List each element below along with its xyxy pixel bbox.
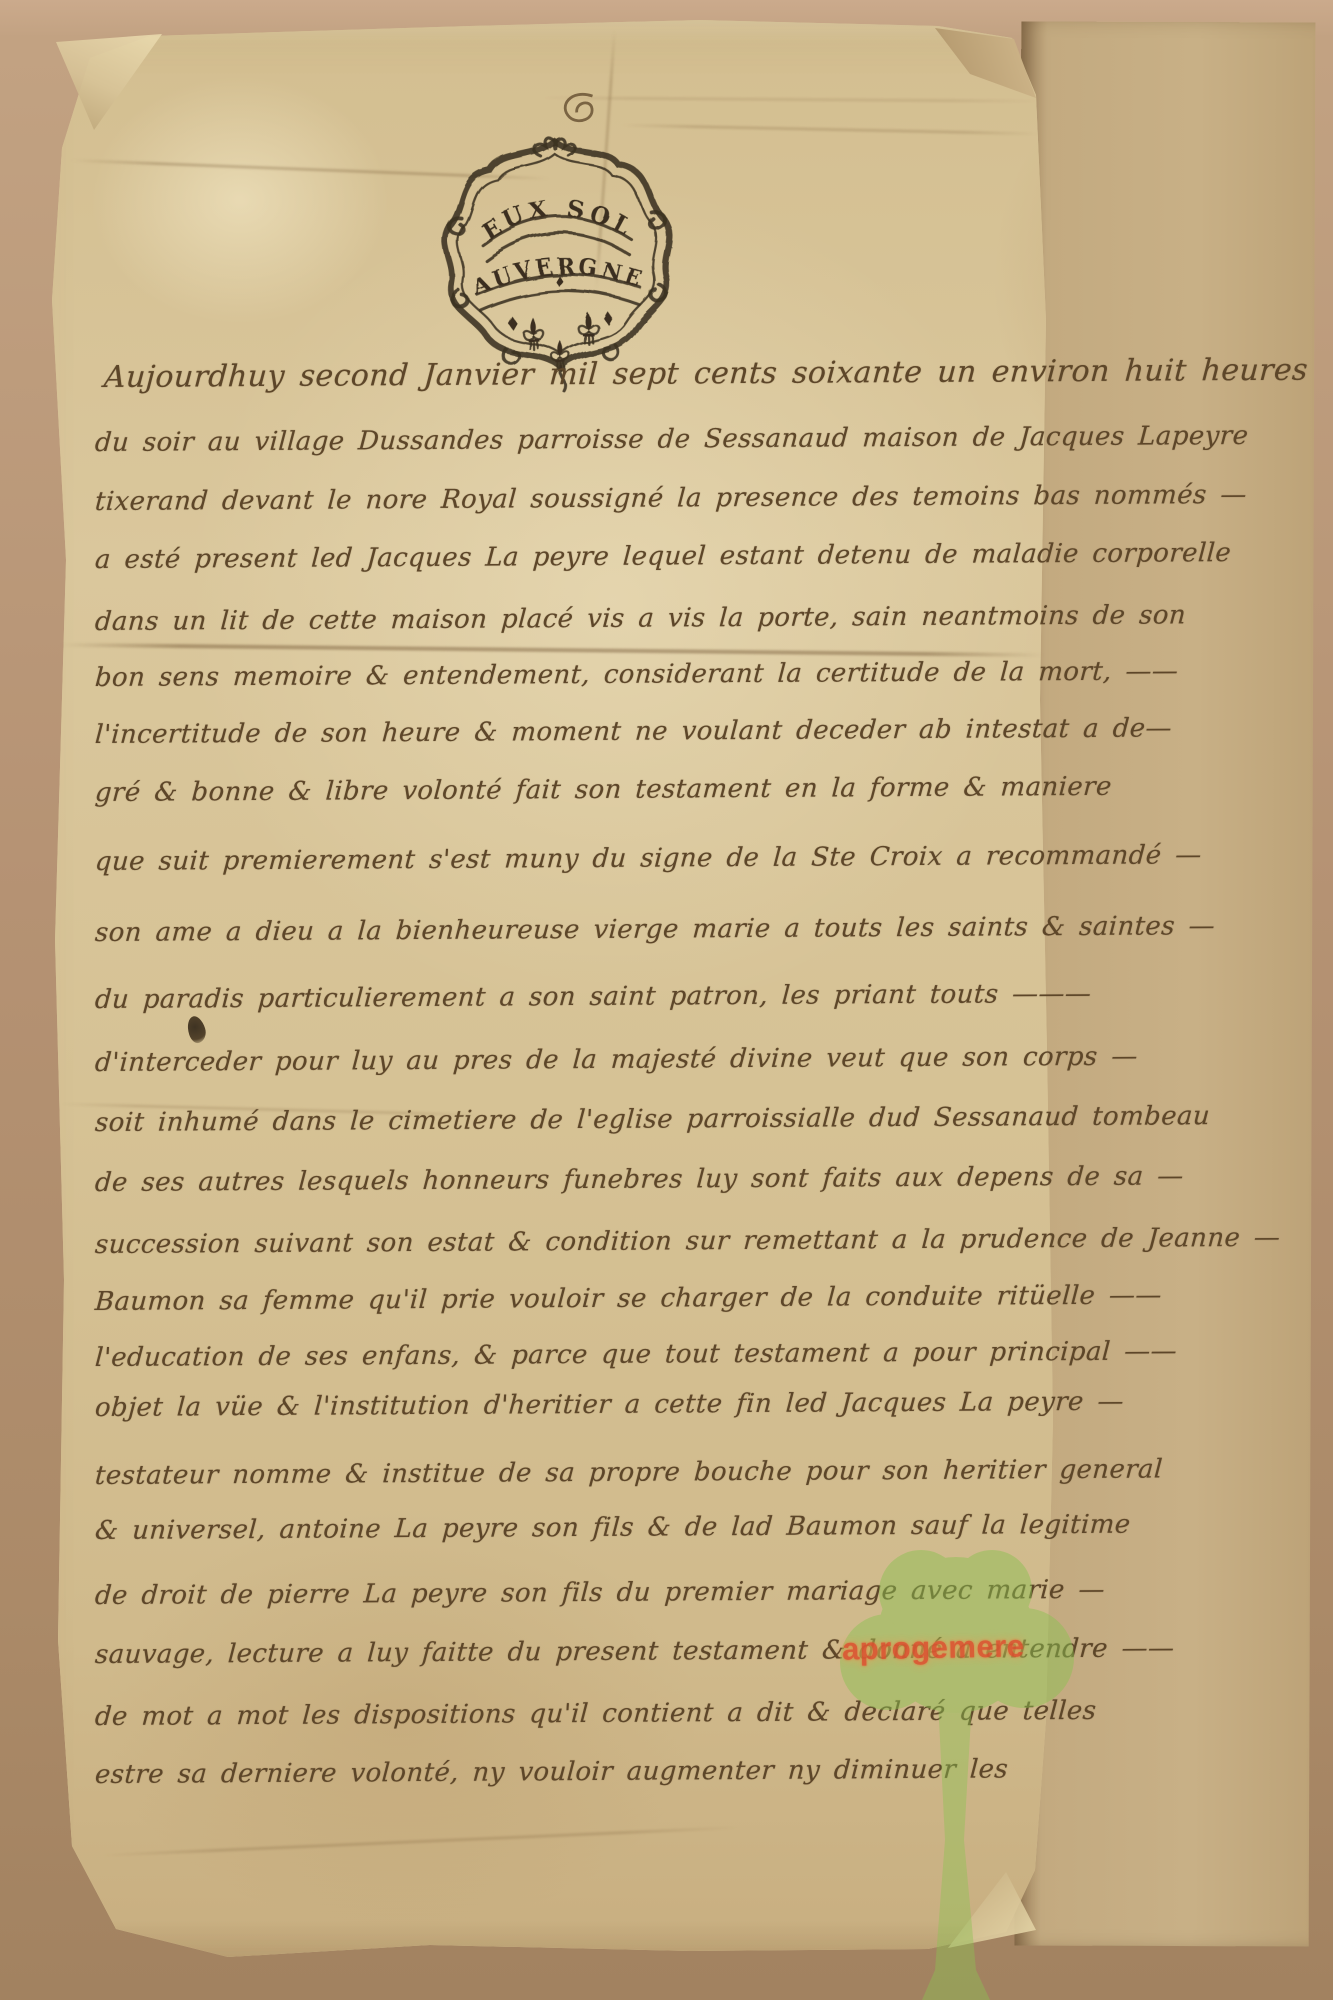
manuscript-line: de ses autres lesquels honneurs funebres…: [94, 1162, 1046, 1198]
manuscript-line: Aujourdhuy second Janvier mil sept cents…: [103, 354, 1055, 395]
manuscript-line: testateur nomme & institue de sa propre …: [94, 1455, 1046, 1491]
watermark-text: aprogemere: [842, 1628, 1025, 1667]
manuscript-line: gré & bonne & libre volonté fait son tes…: [94, 772, 1046, 808]
manuscript-line: succession suivant son estat & condition…: [94, 1224, 1046, 1260]
manuscript-line: bon sens memoire & entendement, consider…: [94, 657, 1046, 693]
manuscript-line: du paradis particulierement a son saint …: [94, 979, 1046, 1015]
manuscript-line: que suit premierement s'est muny du sign…: [94, 841, 1046, 877]
stamp-cartouche-outline: [442, 137, 673, 372]
stamp-text-deux-sols: DEUX SOLS: [427, 124, 640, 251]
manuscript-line: du soir au village Dussandes parroisse d…: [94, 422, 1046, 458]
document-photo: DEUX SOLS AUVERGNE Aujourdhuy second Jan…: [0, 0, 1333, 2000]
manuscript-line: Baumon sa femme qu'il prie vouloir se ch…: [94, 1281, 1046, 1317]
manuscript-line: son ame a dieu a la bienheureuse vierge …: [94, 912, 1046, 948]
manuscript-line: dans un lit de cette maison placé vis a …: [94, 601, 1046, 637]
watermark-tree-icon: [818, 1540, 1094, 2000]
manuscript-line: soit inhumé dans le cimetiere de l'eglis…: [94, 1102, 1046, 1138]
manuscript-line: objet la vüe & l'institution d'heritier …: [94, 1387, 1046, 1423]
manuscript-line: l'education de ses enfans, & parce que t…: [94, 1337, 1046, 1373]
stamp-text-auvergne: AUVERGNE: [466, 251, 649, 301]
paraph-mark: [553, 87, 611, 140]
manuscript-line: tixerand devant le nore Royal soussigné …: [94, 481, 1046, 517]
svg-text:AUVERGNE: AUVERGNE: [466, 251, 649, 301]
manuscript-line: l'incertitude de son heure & moment ne v…: [94, 714, 1046, 750]
svg-text:DEUX SOLS: DEUX SOLS: [427, 124, 640, 251]
manuscript-line: a esté present led Jacques La peyre lequ…: [94, 539, 1046, 575]
manuscript-line: d'interceder pour luy au pres de la maje…: [94, 1042, 1046, 1078]
